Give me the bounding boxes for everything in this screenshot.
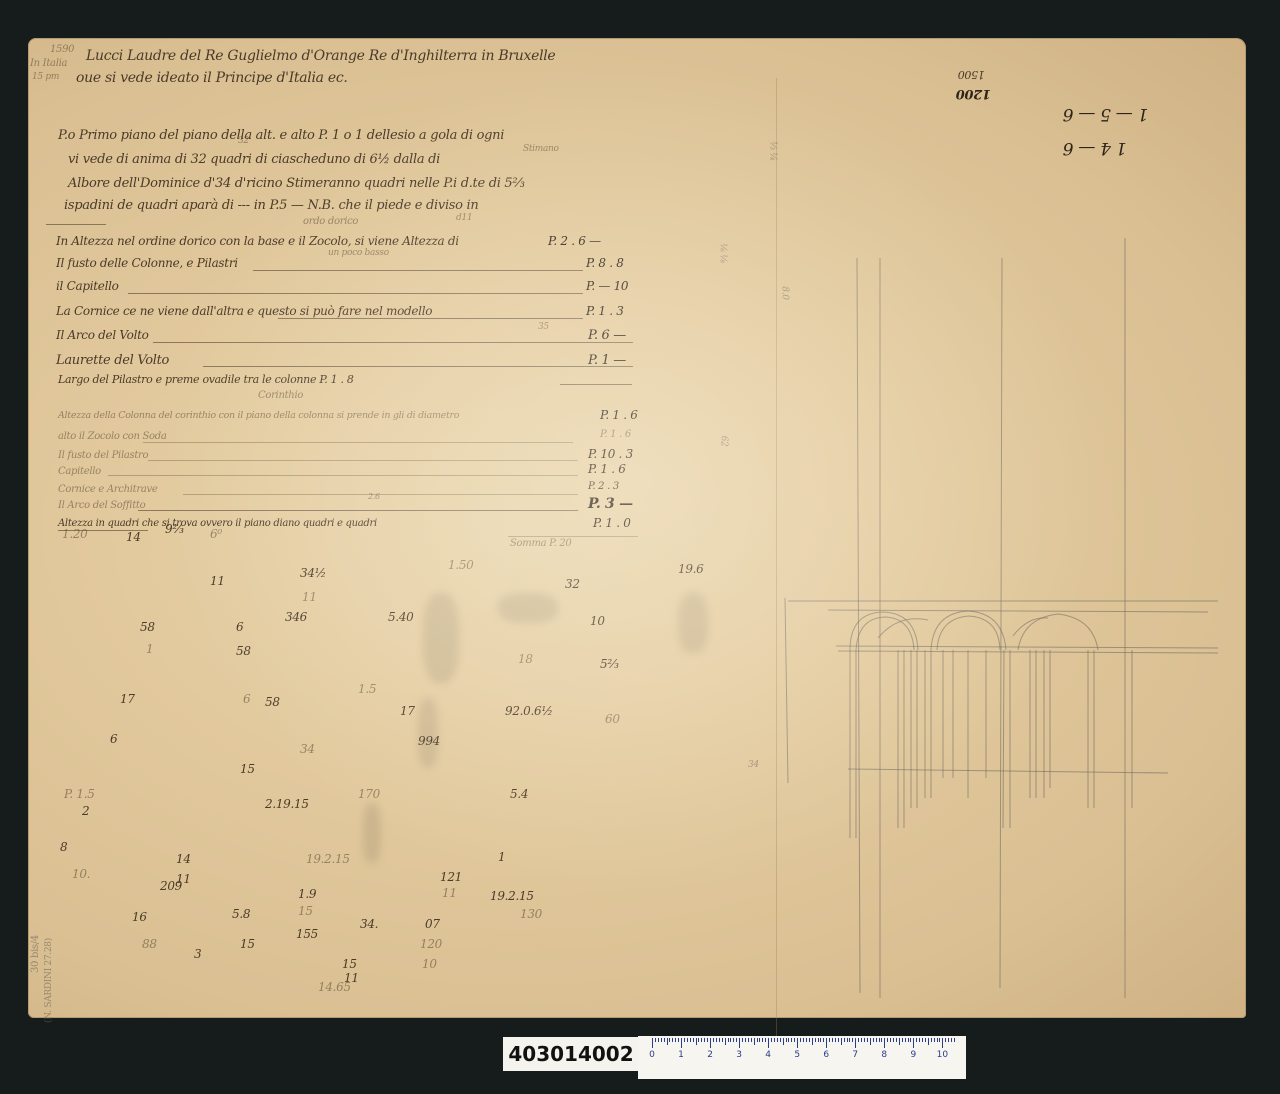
calculation-figure: 07 [425, 917, 440, 931]
ruler-tick [754, 1038, 755, 1045]
ruler-tick [762, 1038, 763, 1042]
ruler-tick [873, 1038, 874, 1042]
ruler-tick [806, 1038, 807, 1042]
calculation-figure: 15 [298, 904, 313, 918]
ledger-row-value: P. 1 . 3 [586, 304, 624, 318]
ruler-tick [774, 1038, 775, 1042]
calculation-figure: 130 [520, 907, 542, 921]
calculation-figure: 15 [342, 957, 357, 971]
ruler-tick [945, 1038, 946, 1042]
calculation-figure: P. 1.5 [64, 787, 95, 801]
calculation-figure: 5.40 [388, 610, 414, 624]
ruler-tick [931, 1038, 932, 1042]
ruler-tick [925, 1038, 926, 1042]
ruler-tick [855, 1038, 856, 1048]
ruler-tick [908, 1038, 909, 1042]
ruler-label: 6 [823, 1050, 829, 1060]
ruler-tick [823, 1038, 824, 1042]
ink-smudge [678, 593, 708, 653]
ruler-label: 2 [707, 1050, 713, 1060]
ledger-line [108, 475, 578, 476]
ruler-tick [669, 1038, 670, 1042]
calculation-figure: 6 [236, 620, 243, 634]
ledger-row-text: La Cornice ce ne viene dall'altra e ques… [56, 304, 432, 318]
calculation-figure: 6 [110, 732, 117, 746]
ruler-tick [847, 1038, 848, 1042]
margin-note-line2: 15 pm [32, 72, 59, 82]
ledger-line [128, 293, 583, 294]
ledger-row-value: P. 1 — [588, 353, 626, 368]
superscript-note: d11 [456, 213, 472, 223]
ledger-row-text: Il Arco del Volto [56, 328, 149, 342]
calculation-figure: 34½ [300, 566, 326, 580]
margin-note-number: 1590 [50, 44, 74, 55]
ledger-line [148, 460, 578, 461]
ruler-tick [704, 1038, 705, 1042]
calculation-figure: 8 [60, 840, 67, 854]
calculation-figure: 88 [142, 937, 157, 951]
paragraph-line: P.o Primo piano del piano della alt. e a… [58, 128, 504, 143]
ruler-tick [913, 1038, 914, 1048]
calculation-figure: 6 [243, 692, 250, 706]
calculation-figure: 9⅔ [165, 522, 184, 536]
ruler-tick [879, 1038, 880, 1042]
ruler-label: 5 [794, 1050, 800, 1060]
ledger-row-text: alto il Zocolo con Soda [58, 431, 167, 442]
ruler-tick [934, 1038, 935, 1042]
ruler-label: 1 [678, 1050, 684, 1060]
ruler-tick [745, 1038, 746, 1042]
ruler-tick [736, 1038, 737, 1042]
pencil-fraction: 8.0 [780, 286, 790, 299]
margin-note-line1: In Italia [30, 58, 67, 69]
calculation-figure: 10 [422, 957, 437, 971]
calculation-figure: 19.2.15 [490, 889, 534, 903]
ruler-tick [667, 1038, 668, 1045]
ruler-tick [771, 1038, 772, 1042]
ruler-label: 10 [937, 1050, 948, 1060]
ledger-row-value: P. 2 . 6 — [548, 234, 601, 248]
calculation-figure: 5⅔ [600, 657, 619, 671]
ruler-label: 0 [649, 1050, 655, 1060]
ruler-tick [748, 1038, 749, 1042]
ruler-tick [655, 1038, 656, 1042]
ledger-row-value: P. 1 . 6 [600, 429, 631, 440]
ink-smudge [418, 698, 438, 768]
ruler-tick [783, 1038, 784, 1045]
ruler-ticks [652, 1038, 954, 1048]
ruler-tick [870, 1038, 871, 1045]
calculation-figure: 58 [265, 695, 280, 709]
calculation-figure: 121 [440, 870, 462, 884]
ruler-tick [742, 1038, 743, 1042]
calculation-figure: 32 [565, 577, 580, 591]
ruler-tick [896, 1038, 897, 1042]
ruler-tick [884, 1038, 885, 1048]
ruler-tick [826, 1038, 827, 1048]
ruler-tick [797, 1038, 798, 1048]
calculation-figure: 6⁰ [210, 527, 222, 541]
ruler-tick [664, 1038, 665, 1042]
calculation-figure: 60 [605, 712, 620, 726]
ruler-tick [820, 1038, 821, 1042]
inverted-number: 1200 [956, 86, 991, 101]
pencil-fraction: ⅙ ⅛ [718, 243, 728, 262]
calculation-figure: 58 [236, 644, 251, 658]
ledger-row-text: Altezza della Colonna del corinthio con … [58, 410, 459, 421]
calculation-figure: 1 [498, 850, 505, 864]
calculation-figure: 2 [82, 804, 89, 818]
ruler-tick [902, 1038, 903, 1042]
calculation-figure: 16 [132, 910, 147, 924]
ledger-row-text: Il fusto del Pilastro [58, 450, 148, 461]
ruler-tick [928, 1038, 929, 1045]
ruler-tick [707, 1038, 708, 1042]
ruler-tick [890, 1038, 891, 1042]
ruler-tick [867, 1038, 868, 1042]
divider-stroke [46, 224, 106, 225]
paragraph-line: ispadini de quadri aparà di --- in P.5 —… [64, 198, 478, 213]
ruler-tick [910, 1038, 911, 1042]
ruler-tick [864, 1038, 865, 1042]
ruler-tick [951, 1038, 952, 1042]
ledger-row-value: P. 10 . 3 [588, 447, 633, 461]
ruler-tick [780, 1038, 781, 1042]
ruler-tick [678, 1038, 679, 1042]
pencil-number: 34 [748, 760, 759, 770]
calculation-figure: 2.19.15 [265, 797, 309, 811]
ledger-total: Somma P. 20 [510, 538, 571, 549]
calculation-figure: 1 [146, 642, 153, 656]
archive-mark-line1: 30 bis/4 [30, 935, 41, 973]
fold-line [776, 78, 777, 1038]
ruler-tick [942, 1038, 943, 1048]
ruler-tick [681, 1038, 682, 1048]
ruler-tick [948, 1038, 949, 1042]
ruler-tick [728, 1038, 729, 1042]
ruler-tick [818, 1038, 819, 1042]
ledger-row-value: P. 8 . 8 [586, 256, 624, 270]
calculation-figure: 58 [140, 620, 155, 634]
ruler-tick [690, 1038, 691, 1042]
ledger-row-value: P. 3 — [588, 496, 633, 512]
paragraph-line: Albore dell'Dominice d'34 d'ricino Stime… [68, 176, 525, 191]
ruler-tick [881, 1038, 882, 1042]
ruler-label: 4 [765, 1050, 771, 1060]
ruler-label: 3 [736, 1050, 742, 1060]
ruler-tick [794, 1038, 795, 1042]
ruler-tick [791, 1038, 792, 1042]
calculation-figure: 3 [194, 947, 201, 961]
ledger-line [560, 384, 632, 385]
archive-mark-line2: (N. SARDINI 27.28) [44, 938, 54, 1023]
calculation-figure: 1.50 [448, 558, 474, 572]
inverted-number: 1500 [958, 68, 985, 81]
ledger-line [143, 442, 573, 443]
ruler-tick [722, 1038, 723, 1042]
calculation-figure: 11 [176, 872, 191, 886]
pencil-fraction: ⅓ ¼ [768, 141, 778, 160]
calculation-figure: 15 [240, 762, 255, 776]
calculation-figure: 34 [300, 742, 315, 756]
calculation-figure: 19.6 [678, 562, 704, 576]
ledger-row-value: P. — 10 [586, 279, 628, 293]
ledger-row-value: P. 1 . 6 [600, 408, 638, 422]
ruler-tick [757, 1038, 758, 1042]
calculation-figure: 170 [358, 787, 380, 801]
ruler-tick [800, 1038, 801, 1042]
ruler-tick [719, 1038, 720, 1042]
ruler-tick [893, 1038, 894, 1042]
superscript-note: Stimano [523, 144, 559, 154]
calculation-figure: 1.5 [358, 682, 376, 696]
ink-smudge [423, 593, 459, 683]
ruler-tick [652, 1038, 653, 1048]
ledger-row-value: P. 6 — [588, 328, 626, 343]
inverted-row: 1 — 5 — 6 [1063, 104, 1148, 124]
ruler-tick [733, 1038, 734, 1042]
superscript-note: 32 [238, 136, 249, 146]
ruler-label: 9 [910, 1050, 916, 1060]
ruler-tick [658, 1038, 659, 1042]
ledger-caption: Corinthio [258, 390, 303, 401]
ruler-tick [687, 1038, 688, 1042]
ruler-tick [768, 1038, 769, 1048]
ledger-row-note: 35 [538, 322, 549, 332]
ruler-tick [725, 1038, 726, 1045]
ledger-caption: ordo dorico [303, 216, 358, 227]
ruler-tick [696, 1038, 697, 1045]
ruler-tick [730, 1038, 731, 1042]
calculation-figure: 994 [418, 734, 440, 748]
calculation-figure: 5.4 [510, 787, 528, 801]
ledger-row-text: Il fusto delle Colonne, e Pilastri [56, 256, 238, 270]
calculation-figure: 19.2.15 [306, 852, 350, 866]
paragraph-line: vi vede di anima di 32 quadri di ciasche… [68, 152, 440, 167]
ruler-tick [672, 1038, 673, 1042]
calculation-figure: 1.20 [62, 527, 88, 541]
ruler-tick [887, 1038, 888, 1042]
ruler-tick [916, 1038, 917, 1042]
ruler-tick [844, 1038, 845, 1042]
ruler-tick [716, 1038, 717, 1042]
ruler-tick [751, 1038, 752, 1042]
ledger-line [508, 536, 638, 537]
ruler-tick [713, 1038, 714, 1042]
ruler-tick [675, 1038, 676, 1042]
ruler-tick [684, 1038, 685, 1042]
inverted-row: 1 4 — 6 [1063, 138, 1127, 158]
calculation-figure: 346 [285, 610, 307, 624]
ruler-tick [661, 1038, 662, 1042]
ruler-tick [858, 1038, 859, 1042]
ruler-tick [786, 1038, 787, 1042]
ruler-tick [899, 1038, 900, 1045]
calculation-figure: 155 [296, 927, 318, 941]
ruler-tick [765, 1038, 766, 1042]
calculation-figure: 10 [590, 614, 605, 628]
ruler-label: 7 [852, 1050, 858, 1060]
ledger-row-text: il Capitello [56, 279, 119, 293]
ruler-tick [803, 1038, 804, 1042]
ruler-tick [759, 1038, 760, 1042]
heading-line-1: Lucci Laudre del Re Guglielmo d'Orange R… [86, 48, 555, 64]
ruler-tick [829, 1038, 830, 1042]
scale-ruler: 012345678910 [638, 1036, 966, 1079]
ledger-line [183, 494, 578, 495]
ruler-tick [861, 1038, 862, 1042]
manuscript-sheet: 1590 In Italia 15 pm Lucci Laudre del Re… [28, 38, 1246, 1018]
calculation-figure: 92.0.6½ [505, 704, 553, 718]
heading-line-2: oue si vede ideato il Principe d'Italia … [76, 70, 348, 86]
ledger-line [203, 366, 633, 367]
ruler-tick [876, 1038, 877, 1042]
calculation-figure: 15 [240, 937, 255, 951]
ruler-tick [849, 1038, 850, 1042]
ruler-tick [838, 1038, 839, 1042]
ledger-row-text: Largo del Pilastro e preme ovadile tra l… [58, 373, 354, 386]
ruler-tick [698, 1038, 699, 1042]
ledger-row-text: Altezza in quadri che si trova ovvero il… [58, 518, 377, 529]
ledger-line [278, 318, 583, 319]
calculation-figure: 5.8 [232, 907, 250, 921]
ruler-tick [852, 1038, 853, 1042]
ruler-tick [937, 1038, 938, 1042]
ledger-row-value: P. 1 . 6 [588, 462, 626, 476]
ruler-tick [841, 1038, 842, 1045]
ruler-tick [788, 1038, 789, 1042]
ledger-line [153, 342, 633, 343]
calculation-figure: 11 [442, 886, 457, 900]
ruler-tick [922, 1038, 923, 1042]
ruler-tick [701, 1038, 702, 1042]
calculation-figure: 17 [120, 692, 135, 706]
ruler-tick [919, 1038, 920, 1042]
strike-stroke [58, 530, 148, 531]
ledger-row-text: Capitello [58, 466, 101, 477]
calculation-figure: 17 [400, 704, 415, 718]
ledger-row-text: Il Arco del Soffitto [58, 500, 145, 511]
ruler-tick [693, 1038, 694, 1042]
catalog-label: 403014002 [503, 1037, 639, 1071]
calculation-figure: 18 [518, 652, 533, 666]
ruler-tick [777, 1038, 778, 1042]
ledger-row-value: P. 1 . 0 [593, 516, 631, 530]
arcade-drawing [28, 38, 1246, 1018]
calculation-figure: 14 [126, 530, 141, 544]
calculation-figure: 34. [360, 917, 378, 931]
ink-smudge [363, 803, 381, 863]
ink-smudge [498, 593, 558, 623]
ruler-label: 8 [881, 1050, 887, 1060]
pencil-number: 62 [718, 436, 728, 447]
calculation-figure: 1.9 [298, 887, 316, 901]
ruler-tick [815, 1038, 816, 1042]
calculation-figure: 14.65 [318, 980, 351, 994]
calculation-figure: 11 [302, 590, 317, 604]
ledger-row-text: In Altezza nel ordine dorico con la base… [56, 234, 459, 248]
ruler-tick [812, 1038, 813, 1045]
ledger-row-text: Laurette del Volto [56, 353, 169, 368]
ruler-tick [905, 1038, 906, 1042]
ruler-tick [710, 1038, 711, 1048]
calculation-figure: 11 [344, 971, 359, 985]
calculation-figure: 209 [160, 879, 182, 893]
ruler-tick [739, 1038, 740, 1048]
ledger-row-value: P. 2 . 3 [588, 481, 619, 492]
calculation-figure: 11 [210, 574, 225, 588]
ledger-row-note: un poco basso [328, 248, 389, 258]
calculation-figure: 10. [72, 867, 90, 881]
ruler-tick [939, 1038, 940, 1042]
ruler-tick [835, 1038, 836, 1042]
ledger-row-note: 2.6 [368, 492, 380, 501]
ledger-row-text: Cornice e Architrave [58, 484, 157, 495]
ledger-line [253, 270, 583, 271]
ledger-line [138, 510, 578, 511]
calculation-figure: 14 [176, 852, 191, 866]
ruler-tick [954, 1038, 955, 1042]
calculation-figure: 120 [420, 937, 442, 951]
ruler-tick [832, 1038, 833, 1042]
ruler-tick [809, 1038, 810, 1042]
